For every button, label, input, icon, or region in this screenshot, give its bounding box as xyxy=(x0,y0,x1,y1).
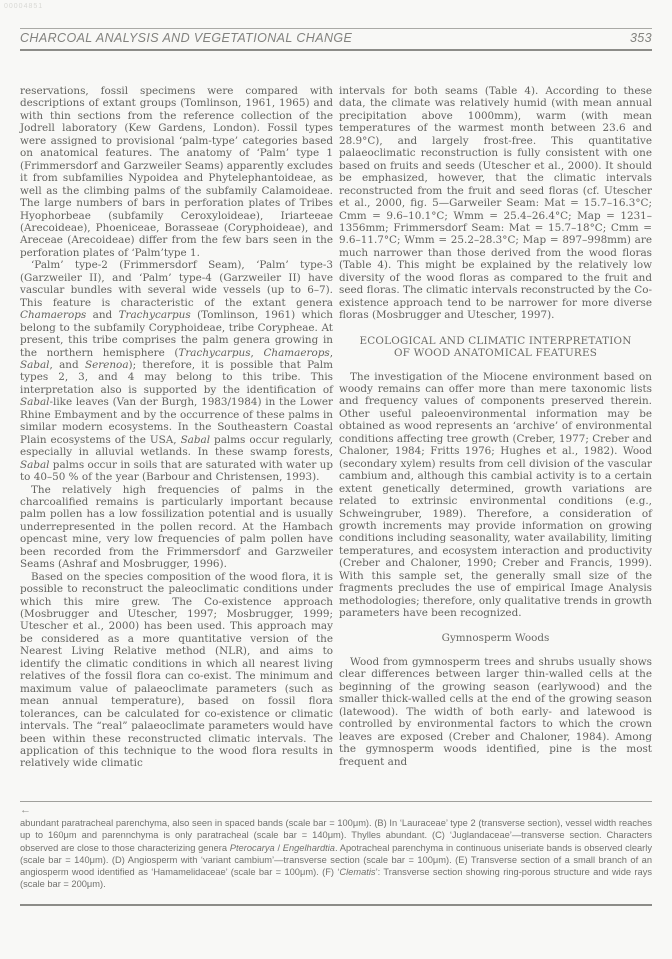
caption-divider-rule xyxy=(20,801,652,802)
body-paragraph: Wood from gymnosperm trees and shrubs us… xyxy=(339,656,652,768)
body-paragraph: The investigation of the Miocene environ… xyxy=(339,371,652,620)
section-heading-line-1: ECOLOGICAL AND CLIMATIC INTERPRETATION xyxy=(339,335,652,347)
left-column: reservations, fossil specimens were comp… xyxy=(20,85,333,770)
running-title: CHARCOAL ANALYSIS AND VEGETATIONAL CHANG… xyxy=(20,31,352,45)
figure-caption: abundant paratracheal parenchyma, also s… xyxy=(20,817,652,891)
right-column: intervals for both seams (Table 4). Acco… xyxy=(339,85,652,768)
scan-stamp: 00004851 xyxy=(4,3,43,10)
body-paragraph: ‘Palm’ type-2 (Frimmersdorf Seam), ‘Palm… xyxy=(20,259,333,483)
running-header: CHARCOAL ANALYSIS AND VEGETATIONAL CHANG… xyxy=(20,31,652,45)
subsection-heading: Gymnosperm Woods xyxy=(339,632,652,644)
section-heading: ECOLOGICAL AND CLIMATIC INTERPRETATION O… xyxy=(339,335,652,360)
journal-page: 00004851 CHARCOAL ANALYSIS AND VEGETATIO… xyxy=(0,0,672,959)
continuation-arrow: ← xyxy=(20,804,31,816)
header-bottom-rule xyxy=(20,49,652,51)
page-bottom-rule xyxy=(20,904,652,906)
body-paragraph: reservations, fossil specimens were comp… xyxy=(20,85,333,259)
page-number: 353 xyxy=(630,31,652,45)
body-paragraph: Based on the species composition of the … xyxy=(20,571,333,770)
header-top-rule xyxy=(20,28,652,29)
body-paragraph: intervals for both seams (Table 4). Acco… xyxy=(339,85,652,322)
section-heading-line-2: OF WOOD ANATOMICAL FEATURES xyxy=(339,347,652,359)
body-paragraph: The relatively high frequencies of palms… xyxy=(20,484,333,571)
